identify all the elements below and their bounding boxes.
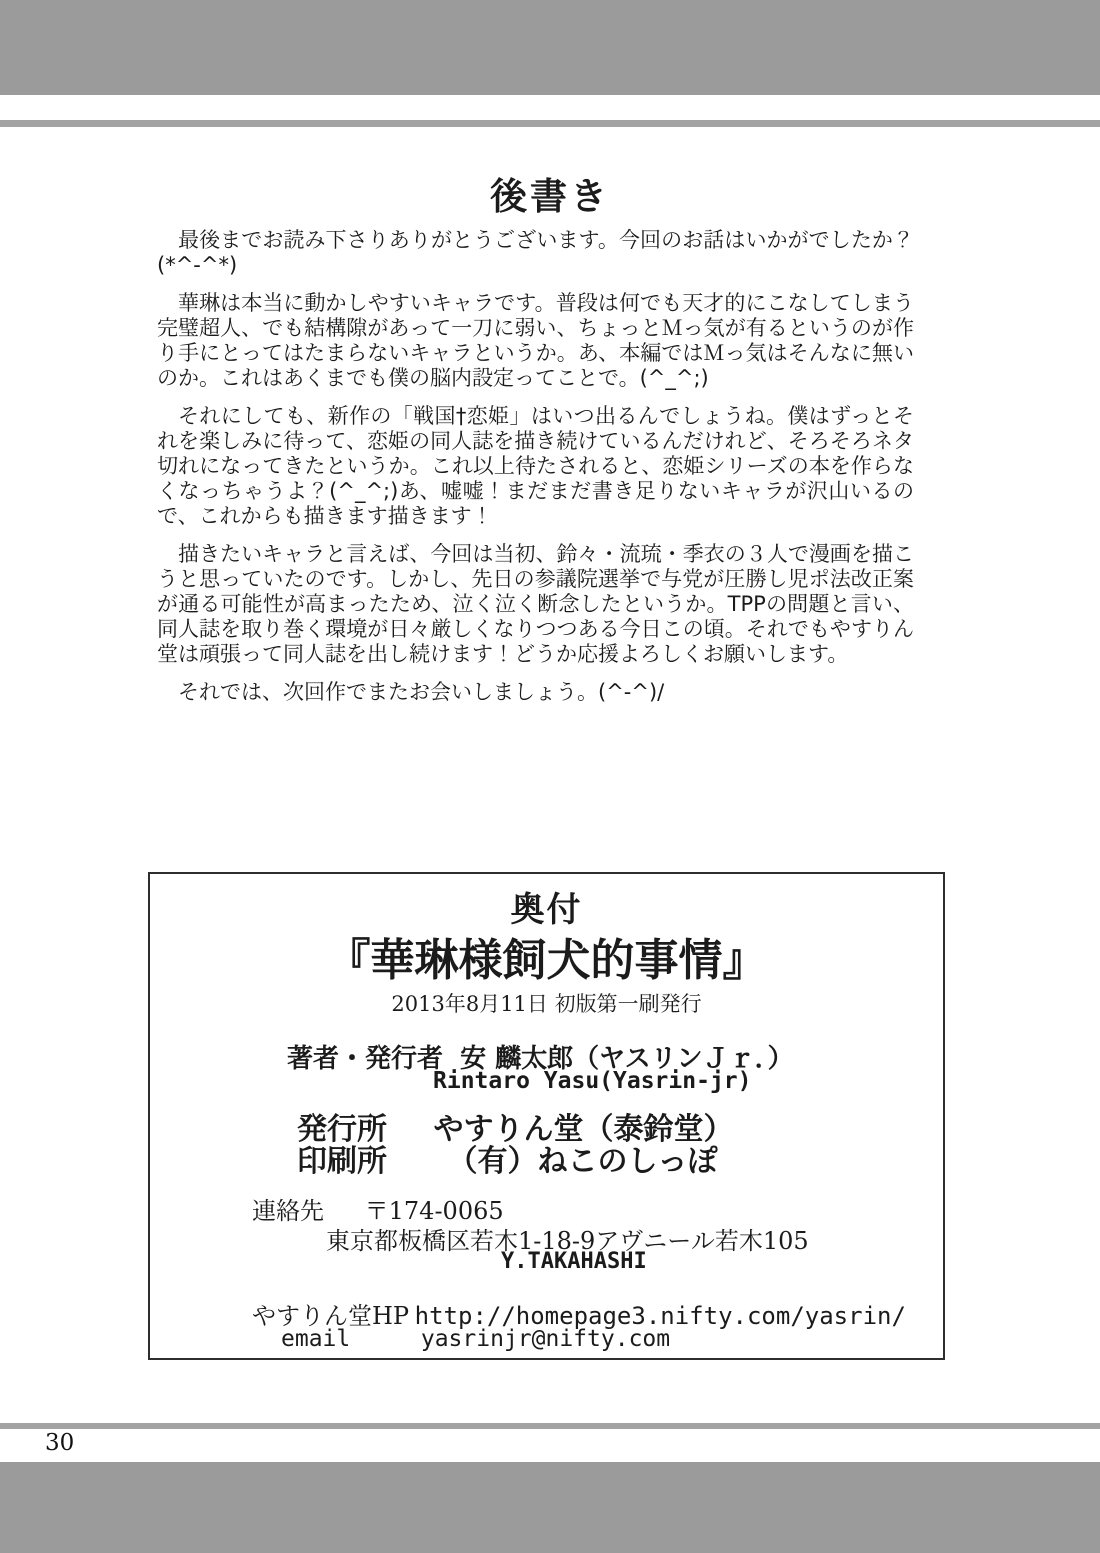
afterword-title: 後書き (0, 166, 1100, 220)
top-gray-band (0, 0, 1100, 95)
page-number: 30 (45, 1430, 74, 1456)
bottom-divider-rule (0, 1423, 1100, 1429)
afterword-body: 最後までお読み下さりありがとうございます。今回のお話はいかがでしたか？(*^-^… (157, 228, 914, 718)
afterword-closing-line: それでは、次回作でまたお会いしましょう。(^-^)/ (157, 680, 914, 705)
afterword-paragraph: 最後までお読み下さりありがとうございます。今回のお話はいかがでしたか？(*^-^… (157, 228, 914, 278)
printer-name: （有）ねこのしっぽ (447, 1144, 717, 1179)
scanned-document-page: 後書き 最後までお読み下さりありがとうございます。今回のお話はいかがでしたか？(… (0, 0, 1100, 1553)
bottom-gray-band (0, 1462, 1100, 1553)
email-label: email (281, 1326, 407, 1352)
printer-row: 印刷所 （有）ねこのしっぽ (297, 1136, 717, 1180)
contact-person-name: Y.TAKAHASHI (501, 1249, 647, 1274)
top-divider-rule (0, 120, 1100, 127)
email-address: yasrinjr@nifty.com (421, 1326, 670, 1352)
colophon-box: 奥付 『華琳様飼犬的事情』 2013年8月11日 初版第一刷発行 著者・発行者 … (148, 872, 945, 1360)
afterword-paragraph: それにしても、新作の「戦国†恋姫」はいつ出るんでしょうね。僕はずっとそれを楽しみ… (157, 404, 914, 529)
author-label: 著者・発行者 (287, 1038, 451, 1075)
afterword-paragraph: 描きたいキャラと言えば、今回は当初、鈴々・流琉・季衣の３人で漫画を描こうと思って… (157, 542, 914, 667)
afterword-paragraph: 華琳は本当に動かしやすいキャラです。普段は何でも天才的にこなしてしまう完璧超人、… (157, 291, 914, 391)
author-romaji: Rintaro Yasu(Yasrin-jr) (433, 1068, 752, 1094)
email-row: email yasrinjr@nifty.com (281, 1326, 670, 1352)
edition-date: 2013年8月11日 初版第一刷発行 (150, 988, 943, 1018)
printer-label: 印刷所 (297, 1136, 437, 1180)
book-title: 『華琳様飼犬的事情』 (150, 924, 943, 988)
